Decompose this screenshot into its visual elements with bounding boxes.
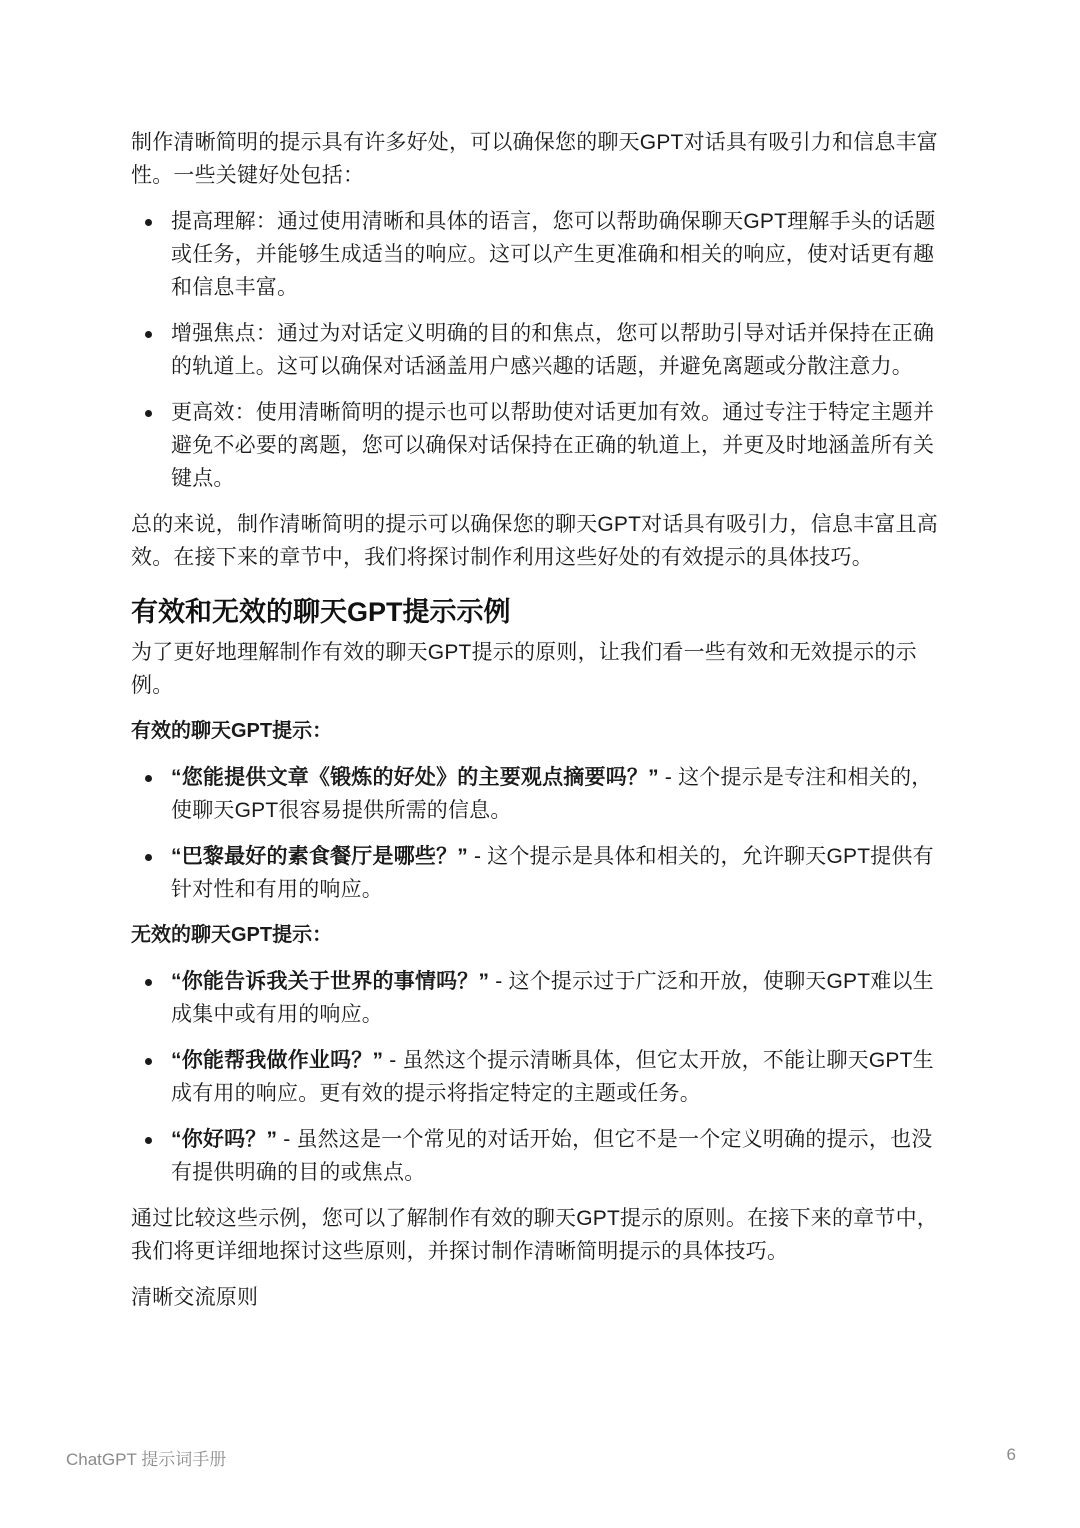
list-item: 增强焦点：通过为对话定义明确的目的和焦点，您可以帮助引导对话并保持在正确的轨道上… <box>131 317 943 383</box>
prompt-quote: “您能提供文章《锻炼的好处》的主要观点摘要吗？” <box>171 766 659 789</box>
intro-paragraph: 制作清晰简明的提示具有许多好处，可以确保您的聊天GPT对话具有吸引力和信息丰富性… <box>131 126 943 192</box>
section-title: 有效和无效的聊天GPT提示示例 <box>131 592 943 632</box>
footer-title: ChatGPT 提示词手册 <box>66 1445 226 1470</box>
prompt-quote: “你好吗？” <box>171 1128 277 1151</box>
list-item: “你能告诉我关于世界的事情吗？” - 这个提示过于广泛和开放，使聊天GPT难以生… <box>131 965 943 1031</box>
benefit-text: 提高理解：通过使用清晰和具体的语言，您可以帮助确保聊天GPT理解手头的话题或任务… <box>171 210 936 299</box>
ineffective-list: “你能告诉我关于世界的事情吗？” - 这个提示过于广泛和开放，使聊天GPT难以生… <box>131 965 943 1189</box>
effective-list: “您能提供文章《锻炼的好处》的主要观点摘要吗？” - 这个提示是专注和相关的，使… <box>131 761 943 906</box>
prompt-quote: “巴黎最好的素食餐厅是哪些？” <box>171 845 468 868</box>
ineffective-heading: 无效的聊天GPT提示： <box>131 919 943 952</box>
list-item: 提高理解：通过使用清晰和具体的语言，您可以帮助确保聊天GPT理解手头的话题或任务… <box>131 205 943 304</box>
bullet-icon <box>145 331 152 338</box>
prompt-quote: “你能帮我做作业吗？” <box>171 1049 383 1072</box>
page-content: 制作清晰简明的提示具有许多好处，可以确保您的聊天GPT对话具有吸引力和信息丰富性… <box>131 126 943 1327</box>
list-item: 更高效：使用清晰简明的提示也可以帮助使对话更加有效。通过专注于特定主题并避免不必… <box>131 396 943 495</box>
bullet-icon <box>145 410 152 417</box>
bullet-icon <box>145 979 152 986</box>
conclusion-paragraph: 通过比较这些示例，您可以了解制作有效的聊天GPT提示的原则。在接下来的章节中，我… <box>131 1202 943 1268</box>
prompt-quote: “你能告诉我关于世界的事情吗？” <box>171 970 489 993</box>
bullet-icon <box>145 854 152 861</box>
list-item: “你好吗？” - 虽然这是一个常见的对话开始，但它不是一个定义明确的提示，也没有… <box>131 1123 943 1189</box>
examples-intro: 为了更好地理解制作有效的聊天GPT提示的原则，让我们看一些有效和无效提示的示例。 <box>131 636 943 702</box>
benefit-text: 更高效：使用清晰简明的提示也可以帮助使对话更加有效。通过专注于特定主题并避免不必… <box>171 401 934 490</box>
next-section-heading: 清晰交流原则 <box>131 1281 943 1314</box>
bullet-icon <box>145 219 152 226</box>
list-item: “您能提供文章《锻炼的好处》的主要观点摘要吗？” - 这个提示是专注和相关的，使… <box>131 761 943 827</box>
list-item: “你能帮我做作业吗？” - 虽然这个提示清晰具体，但它太开放，不能让聊天GPT生… <box>131 1044 943 1110</box>
benefit-text: 增强焦点：通过为对话定义明确的目的和焦点，您可以帮助引导对话并保持在正确的轨道上… <box>171 322 934 378</box>
benefits-list: 提高理解：通过使用清晰和具体的语言，您可以帮助确保聊天GPT理解手头的话题或任务… <box>131 205 943 495</box>
summary-paragraph: 总的来说，制作清晰简明的提示可以确保您的聊天GPT对话具有吸引力，信息丰富且高效… <box>131 508 943 574</box>
bullet-icon <box>145 775 152 782</box>
bullet-icon <box>145 1137 152 1144</box>
page-number: 6 <box>1007 1445 1016 1465</box>
prompt-description: - 虽然这是一个常见的对话开始，但它不是一个定义明确的提示，也没有提供明确的目的… <box>171 1128 932 1184</box>
bullet-icon <box>145 1058 152 1065</box>
effective-heading: 有效的聊天GPT提示： <box>131 715 943 748</box>
list-item: “巴黎最好的素食餐厅是哪些？” - 这个提示是具体和相关的，允许聊天GPT提供有… <box>131 840 943 906</box>
